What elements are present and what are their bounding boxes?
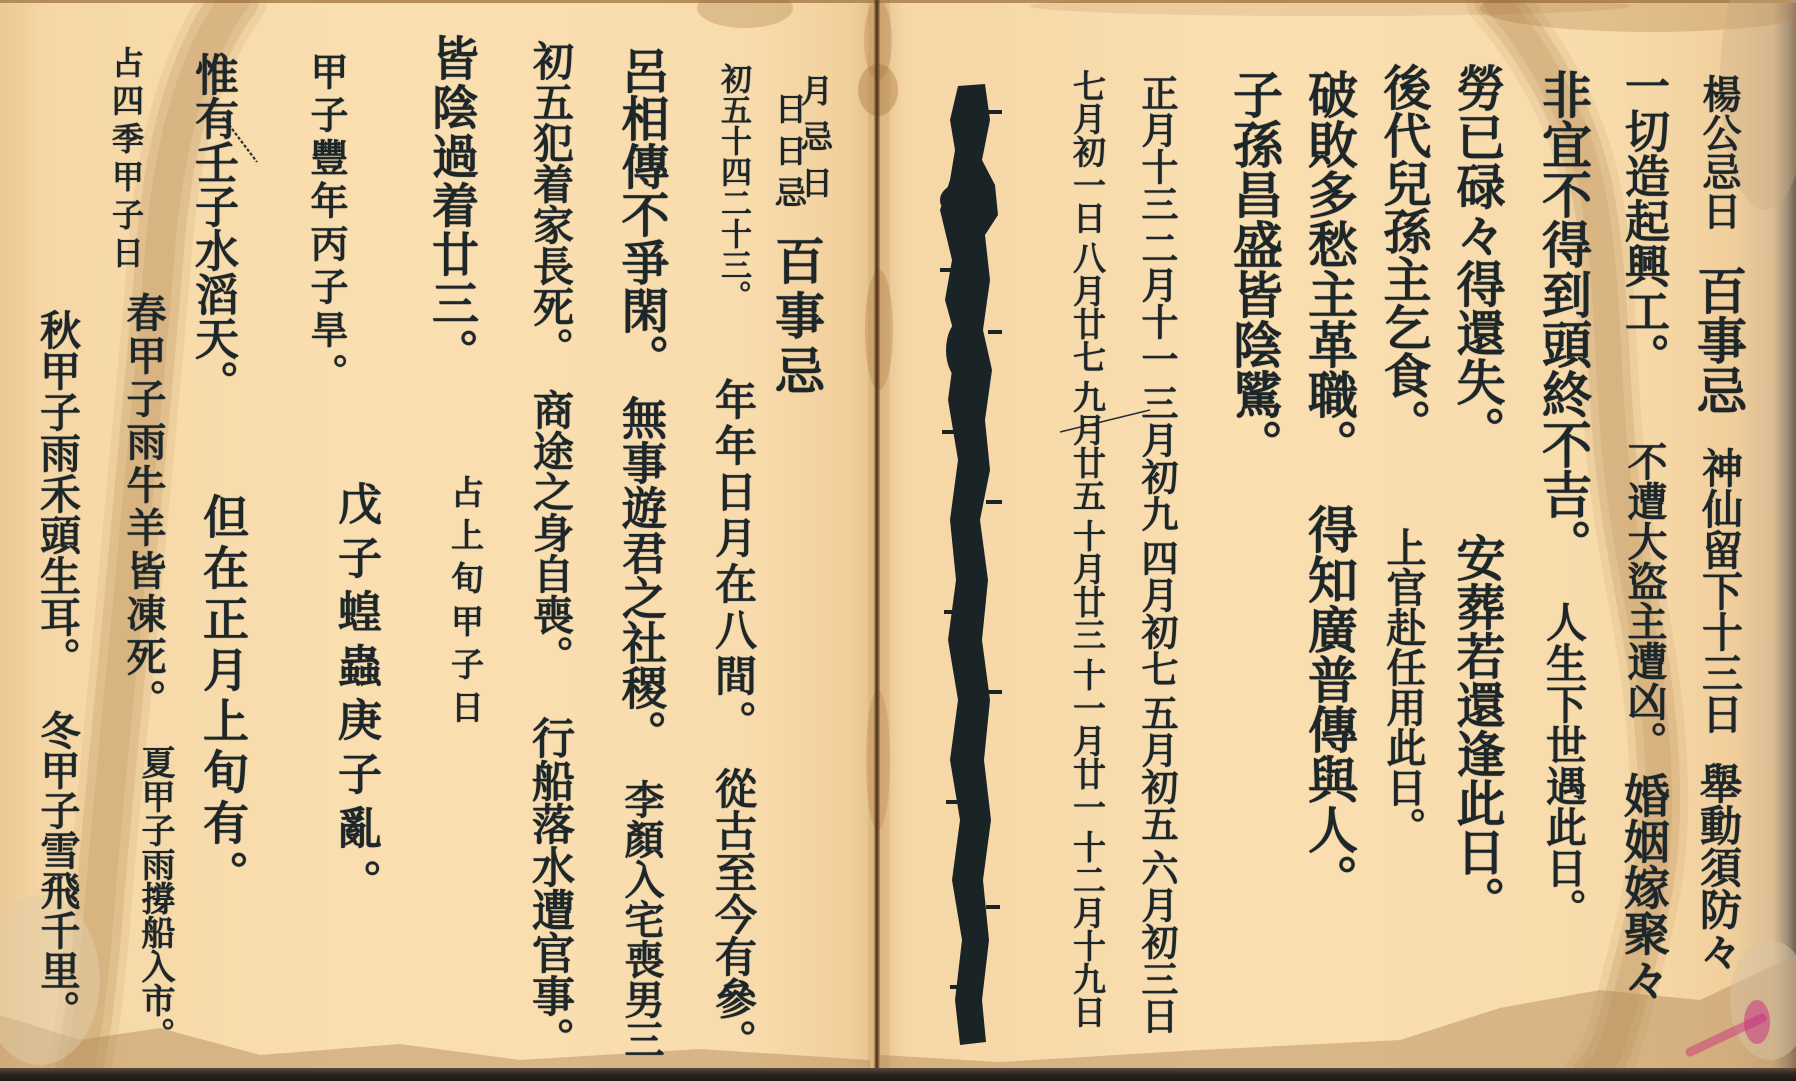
text-segment: 初五十四二十三。: [717, 63, 748, 311]
text-segment: 非宜不得到頭終不吉。: [1538, 69, 1588, 569]
text-segment: 惟有壬子水滔天。: [190, 52, 234, 404]
scan-bottom-edge: [0, 1068, 1796, 1081]
text-segment: 李顏入宅喪男三: [621, 779, 661, 1059]
text-segment: 冬甲子雪飛千里。: [37, 710, 77, 1030]
text-segment: 上官赴任用此日。: [1383, 527, 1423, 847]
text-segment: 初五犯着家長死。: [529, 40, 570, 368]
text-segment: 不遭大盜主遭凶。: [1624, 441, 1664, 761]
text-segment: 無事遊君之社稷。: [618, 395, 663, 755]
text-segment: 百事忌: [771, 235, 821, 400]
month-entry: 二月十一: [1138, 229, 1175, 377]
text-segment: 一切造起興工。: [1621, 63, 1666, 378]
month-entry: 五月初五: [1138, 694, 1175, 842]
text-segment: 皆陰過着廿三。: [428, 34, 475, 377]
text-segment: 行船落水遭官事。: [528, 716, 571, 1060]
month-entry: 十二月十九日: [1071, 830, 1104, 1028]
month-entry: 三月初九: [1138, 384, 1175, 532]
text-segment: 神仙留下十三日: [1698, 447, 1739, 734]
text-segment: 破敗多愁主革職。: [1304, 69, 1354, 469]
text-segment: 但在正月上旬有。: [200, 493, 246, 901]
text-segment: 商途之身自喪。: [529, 389, 570, 676]
text-segment: 戊子蝗蟲庚子亂。: [333, 481, 377, 913]
ink-strikethrough-column: [940, 84, 1002, 1045]
ink-marks: [0, 0, 1796, 1081]
month-entry: 七月初一日: [1071, 69, 1104, 234]
text-segment: 甲子豐年丙子旱。: [307, 52, 345, 396]
text-segment: 舉動須防々: [1697, 762, 1739, 972]
section-heading: 占四季甲子日: [110, 46, 142, 274]
text-segment: 勞已碌々得還失。: [1453, 63, 1502, 455]
section-heading: 占上旬甲子日: [449, 475, 482, 733]
text-segment: 楊公忌日: [1699, 74, 1738, 230]
text-segment: 人生下世遇此日。: [1542, 601, 1583, 929]
text-segment: 秋甲子雨禾頭生耳。: [36, 309, 77, 678]
month-entry: 四月初七: [1138, 539, 1175, 687]
text-segment: 百事忌: [1693, 265, 1743, 415]
text-segment: 從古至今有參。: [712, 767, 754, 1061]
text-segment: 呂相傳不爭閑。: [617, 46, 665, 382]
text-segment: 年年日月在八間。: [712, 378, 754, 746]
month-entry: 十一月廿一: [1071, 658, 1104, 823]
text-segment: 婚姻嫁聚々: [1621, 772, 1667, 1002]
month-entry: 八月廿七: [1071, 241, 1104, 373]
manuscript-spread: 楊公忌日 百事忌 神仙留下十三日 舉動須防々 一切造起興工。 不遭大盜主遭凶。 …: [0, 0, 1796, 1081]
text-segment: 子孫昌盛皆陰騭。: [1229, 69, 1279, 469]
month-entry: 六月初三日: [1138, 849, 1175, 1034]
text-segment: 得知廣普傳與人。: [1304, 504, 1354, 904]
month-entry: 十月廿三: [1071, 519, 1104, 651]
text-segment: 安葬若還逢此日。: [1453, 533, 1502, 925]
text-segment: 後代兒孫主乞食。: [1379, 63, 1427, 447]
text-segment: 夏甲子雨撐船入市。: [138, 745, 172, 1051]
month-entry: 正月十三: [1138, 74, 1175, 222]
text-segment: 春甲子雨牛羊皆凍死。: [123, 292, 163, 722]
heading-note: 日日忌: [773, 92, 805, 218]
month-entry: 九月廿五: [1071, 380, 1104, 512]
